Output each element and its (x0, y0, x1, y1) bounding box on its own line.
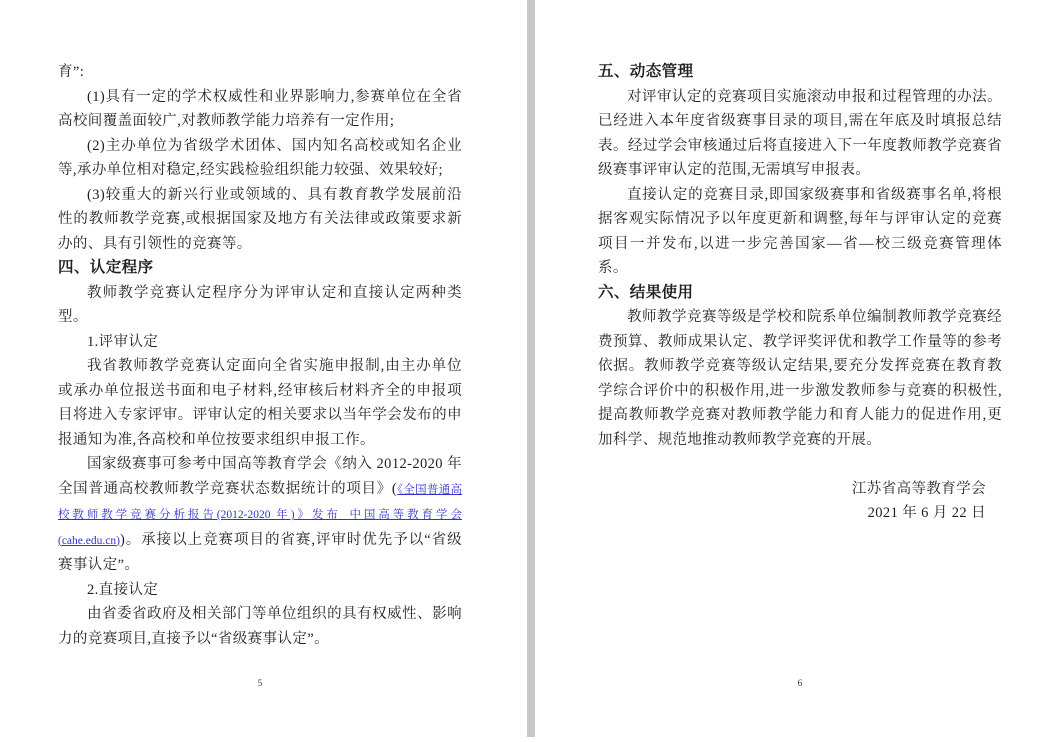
criterion-3: (3)较重大的新兴行业或领域的、具有教育教学发展前沿性的教师教学竞赛,或根据国家… (58, 183, 462, 257)
subheading-review-recognition: 1.评审认定 (58, 330, 462, 355)
two-page-spread: 育”: (1)具有一定的学术权威性和业界影响力,参赛单位在全省高校间覆盖面较广,… (0, 0, 1038, 742)
criterion-2: (2)主办单位为省级学术团体、国内知名高校或知名企业等,承办单位相对稳定,经实践… (58, 134, 462, 183)
page-number-left: 5 (58, 678, 462, 690)
para-rolling-application: 对评审认定的竞赛项目实施滚动申报和过程管理的办法。已经进入本年度省级赛事目录的项… (598, 85, 1002, 183)
para-recognition-types: 教师教学竞赛认定程序分为评审认定和直接认定两种类型。 (58, 281, 462, 330)
criterion-1: (1)具有一定的学术权威性和业界影响力,参赛单位在全省高校间覆盖面较广,对教师教… (58, 85, 462, 134)
para-direct-recognition: 由省委省政府及相关部门等单位组织的具有权威性、影响力的竞赛项目,直接予以“省级赛… (58, 602, 462, 651)
page-number-right: 6 (598, 678, 1002, 690)
page-5: 育”: (1)具有一定的学术权威性和业界影响力,参赛单位在全省高校间覆盖面较广,… (58, 60, 462, 651)
page-6: 五、动态管理 对评审认定的竞赛项目实施滚动申报和过程管理的办法。已经进入本年度省… (598, 60, 1002, 526)
continuation-line: 育”: (58, 60, 462, 85)
signature-date: 2021 年 6 月 22 日 (598, 501, 1002, 526)
heading-recognition-procedure: 四、认定程序 (58, 256, 462, 281)
page-divider (527, 0, 535, 737)
para-national-reference: 国家级赛事可参考中国高等教育学会《纳入 2012-2020 年全国普通高校教师教… (58, 452, 462, 578)
para-review-process: 我省教师教学竞赛认定面向全省实施申报制,由主办单位或承办单位报送书面和电子材料,… (58, 354, 462, 452)
signature-block: 江苏省高等教育学会 2021 年 6 月 22 日 (598, 477, 1002, 526)
heading-dynamic-management: 五、动态管理 (598, 60, 1002, 85)
subheading-direct-recognition: 2.直接认定 (58, 578, 462, 603)
para-result-usage: 教师教学竞赛等级是学校和院系单位编制教师教学竞赛经费预算、教师成果认定、教学评奖… (598, 305, 1002, 452)
para-direct-catalog: 直接认定的竞赛目录,即国家级赛事和省级赛事名单,将根据客观实际情况予以年度更新和… (598, 183, 1002, 281)
signature-organization: 江苏省高等教育学会 (598, 477, 1002, 502)
heading-result-usage: 六、结果使用 (598, 281, 1002, 306)
document-viewer: { "document": { "background_color": "#ff… (0, 0, 1038, 742)
